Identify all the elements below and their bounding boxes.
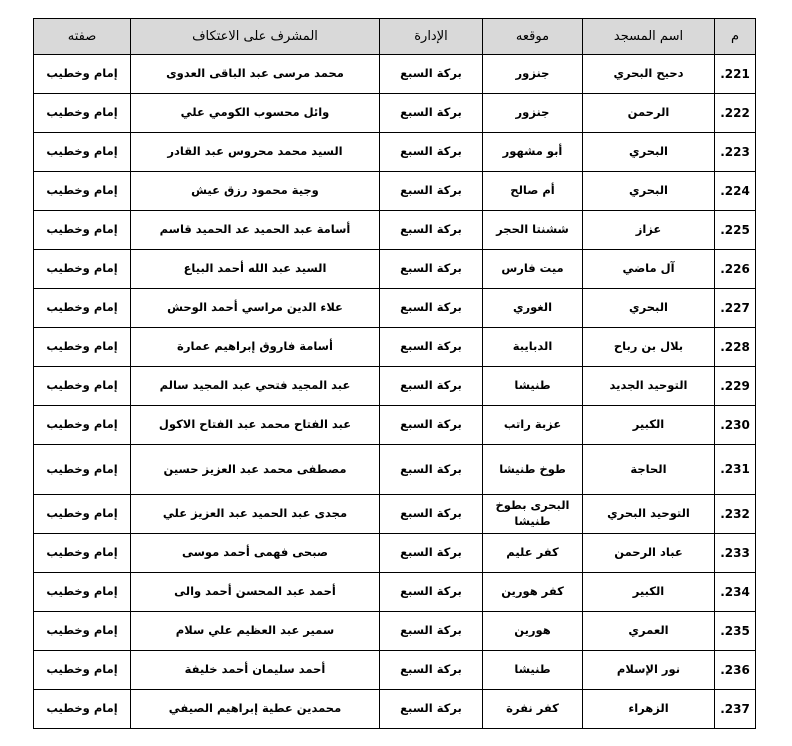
table-row: .237 الزهراء كفر نفرة بركة السبع محمدين … [34,690,756,729]
cell-role: إمام وخطيب [34,445,131,495]
table-row: .226 آل ماضي ميت فارس بركة السبع السيد ع… [34,250,756,289]
cell-number: .226 [715,250,756,289]
cell-location: ميت فارس [483,250,583,289]
table-row: .234 الكبير كفر هورين بركة السبع أحمد عب… [34,573,756,612]
cell-supervisor: وائل محسوب الكومي علي [131,94,380,133]
cell-role: إمام وخطيب [34,172,131,211]
cell-location: كفر هورين [483,573,583,612]
cell-number: .227 [715,289,756,328]
table-row: .230 الكبير عزبة راتب بركة السبع عبد الف… [34,406,756,445]
cell-supervisor: محمدين عطية إبراهيم الصيفي [131,690,380,729]
cell-role: إمام وخطيب [34,573,131,612]
cell-location: أبو مشهور [483,133,583,172]
cell-role: إمام وخطيب [34,495,131,534]
cell-admin: بركة السبع [380,250,483,289]
table-row: .233 عباد الرحمن كفر عليم بركة السبع صبح… [34,534,756,573]
cell-admin: بركة السبع [380,534,483,573]
document-table-region: م اسم المسجد موقعه الإدارة المشرف على ال… [33,18,756,729]
cell-supervisor: السيد عبد الله أحمد البياع [131,250,380,289]
cell-role: إمام وخطيب [34,211,131,250]
cell-number: .231 [715,445,756,495]
cell-mosque: دحيح البحري [583,55,715,94]
cell-number: .232 [715,495,756,534]
cell-mosque: الرحمن [583,94,715,133]
cell-admin: بركة السبع [380,573,483,612]
cell-mosque: التوحيد البحري [583,495,715,534]
cell-number: .236 [715,651,756,690]
cell-location: جنزور [483,55,583,94]
header-cell-admin: الإدارة [380,19,483,55]
cell-role: إمام وخطيب [34,367,131,406]
cell-role: إمام وخطيب [34,690,131,729]
cell-mosque: التوحيد الجديد [583,367,715,406]
cell-number: .224 [715,172,756,211]
cell-location: طنيشا [483,651,583,690]
cell-supervisor: السيد محمد محروس عبد القادر [131,133,380,172]
cell-admin: بركة السبع [380,133,483,172]
cell-supervisor: أسامة عبد الحميد عد الحميد قاسم [131,211,380,250]
cell-role: إمام وخطيب [34,612,131,651]
header-cell-supervisor: المشرف على الاعتكاف [131,19,380,55]
cell-role: إمام وخطيب [34,94,131,133]
header-cell-number: م [715,19,756,55]
cell-admin: بركة السبع [380,445,483,495]
cell-number: .235 [715,612,756,651]
cell-mosque: عزاز [583,211,715,250]
cell-admin: بركة السبع [380,690,483,729]
cell-supervisor: وجية محمود رزق عيش [131,172,380,211]
table-row: .222 الرحمن جنزور بركة السبع وائل محسوب … [34,94,756,133]
table-row: .229 التوحيد الجديد طنيشا بركة السبع عبد… [34,367,756,406]
cell-mosque: بلال بن رباح [583,328,715,367]
cell-admin: بركة السبع [380,406,483,445]
cell-role: إمام وخطيب [34,133,131,172]
table-row: .236 نور الإسلام طنيشا بركة السبع أحمد س… [34,651,756,690]
cell-admin: بركة السبع [380,612,483,651]
table-row: .221 دحيح البحري جنزور بركة السبع محمد م… [34,55,756,94]
table-row: .224 البحري أم صالح بركة السبع وجية محمو… [34,172,756,211]
cell-mosque: نور الإسلام [583,651,715,690]
page-root: { "colors": { "header_bg": "#d9d9d9", "b… [0,0,792,746]
cell-supervisor: مصطفى محمد عبد العزيز حسين [131,445,380,495]
cell-location: الغوري [483,289,583,328]
cell-supervisor: أحمد عبد المحسن أحمد والى [131,573,380,612]
table-header-row: م اسم المسجد موقعه الإدارة المشرف على ال… [34,19,756,55]
mosques-itikaf-table: م اسم المسجد موقعه الإدارة المشرف على ال… [33,18,756,729]
cell-number: .223 [715,133,756,172]
cell-supervisor: أحمد سليمان أحمد خليفة [131,651,380,690]
cell-supervisor: عبد الفتاح محمد عبد الفتاح الاكول [131,406,380,445]
cell-admin: بركة السبع [380,495,483,534]
cell-location: هورين [483,612,583,651]
table-row: .228 بلال بن رباح الدبايبة بركة السبع أس… [34,328,756,367]
cell-number: .234 [715,573,756,612]
table-body: .221 دحيح البحري جنزور بركة السبع محمد م… [34,55,756,729]
cell-location: الدبايبة [483,328,583,367]
table-row: .235 العمري هورين بركة السبع سمير عبد ال… [34,612,756,651]
cell-number: .221 [715,55,756,94]
cell-number: .233 [715,534,756,573]
cell-role: إمام وخطيب [34,651,131,690]
cell-mosque: عباد الرحمن [583,534,715,573]
cell-number: .228 [715,328,756,367]
table-row: .231 الحاجة طوخ طنيشا بركة السبع مصطفى م… [34,445,756,495]
cell-supervisor: علاء الدين مراسي أحمد الوحش [131,289,380,328]
table-row: .223 البحري أبو مشهور بركة السبع السيد م… [34,133,756,172]
header-cell-role: صفته [34,19,131,55]
cell-location: طوخ طنيشا [483,445,583,495]
cell-location: طنيشا [483,367,583,406]
cell-supervisor: سمير عبد العظيم علي سلام [131,612,380,651]
cell-mosque: آل ماضي [583,250,715,289]
cell-admin: بركة السبع [380,94,483,133]
cell-role: إمام وخطيب [34,534,131,573]
cell-mosque: الحاجة [583,445,715,495]
cell-number: .225 [715,211,756,250]
cell-location: عزبة راتب [483,406,583,445]
cell-admin: بركة السبع [380,55,483,94]
cell-role: إمام وخطيب [34,55,131,94]
cell-role: إمام وخطيب [34,250,131,289]
cell-number: .229 [715,367,756,406]
cell-role: إمام وخطيب [34,289,131,328]
cell-mosque: البحري [583,289,715,328]
cell-admin: بركة السبع [380,367,483,406]
cell-admin: بركة السبع [380,289,483,328]
cell-mosque: العمري [583,612,715,651]
cell-admin: بركة السبع [380,651,483,690]
header-cell-mosque: اسم المسجد [583,19,715,55]
cell-mosque: البحري [583,133,715,172]
cell-mosque: الكبير [583,406,715,445]
cell-location: جنزور [483,94,583,133]
table-row: .225 عزاز ششنتا الحجر بركة السبع أسامة ع… [34,211,756,250]
cell-supervisor: صبحى فهمى أحمد موسى [131,534,380,573]
cell-supervisor: أسامة فاروق إبراهيم عمارة [131,328,380,367]
cell-role: إمام وخطيب [34,328,131,367]
cell-admin: بركة السبع [380,328,483,367]
cell-supervisor: عبد المجيد فتحي عبد المجيد سالم [131,367,380,406]
cell-location: أم صالح [483,172,583,211]
header-cell-location: موقعه [483,19,583,55]
cell-mosque: البحري [583,172,715,211]
cell-number: .237 [715,690,756,729]
cell-supervisor: مجدى عبد الحميد عبد العزيز علي [131,495,380,534]
cell-admin: بركة السبع [380,211,483,250]
cell-number: .230 [715,406,756,445]
cell-location: ششنتا الحجر [483,211,583,250]
cell-role: إمام وخطيب [34,406,131,445]
cell-admin: بركة السبع [380,172,483,211]
cell-location: كفر عليم [483,534,583,573]
table-row: .227 البحري الغوري بركة السبع علاء الدين… [34,289,756,328]
cell-location: البحرى بطوخ طنيشا [483,495,583,534]
table-row: .232 التوحيد البحري البحرى بطوخ طنيشا بر… [34,495,756,534]
cell-mosque: الزهراء [583,690,715,729]
cell-number: .222 [715,94,756,133]
cell-location: كفر نفرة [483,690,583,729]
table-header: م اسم المسجد موقعه الإدارة المشرف على ال… [34,19,756,55]
cell-mosque: الكبير [583,573,715,612]
cell-supervisor: محمد مرسى عبد الباقى العدوى [131,55,380,94]
